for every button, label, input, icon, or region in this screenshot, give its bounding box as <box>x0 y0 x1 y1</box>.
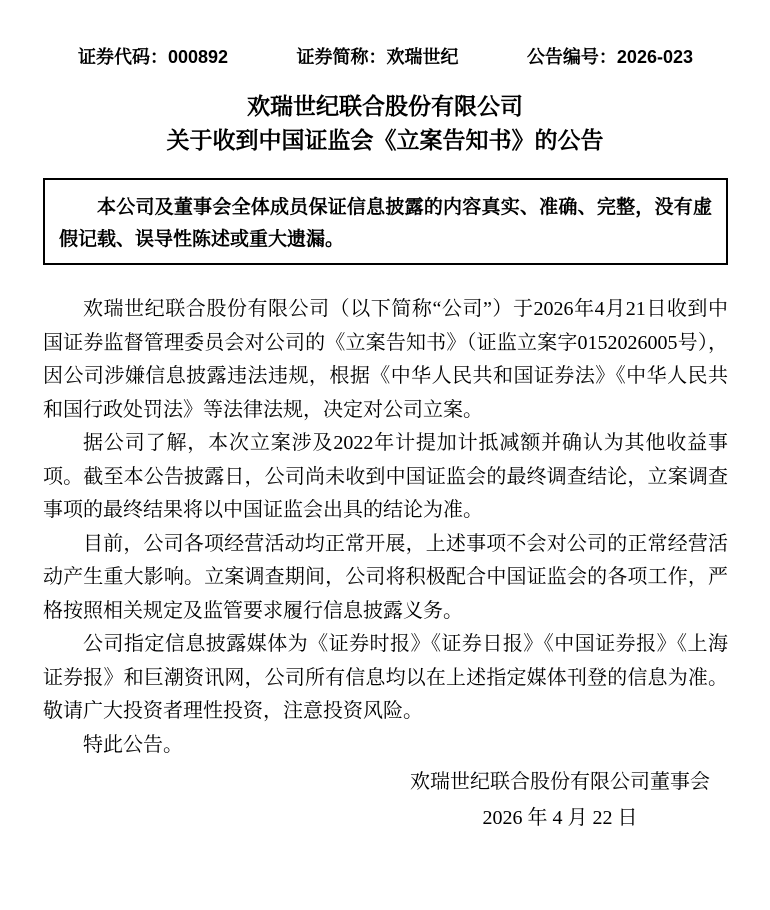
declaration-text: 本公司及董事会全体成员保证信息披露的内容真实、准确、完整，没有虚假记载、误导性陈… <box>59 192 712 256</box>
announcement-body: 欢瑞世纪联合股份有限公司（以下简称“公司”）于2026年4月21日收到中国证券监… <box>43 293 728 762</box>
announcement-document: 证券代码：000892 证券简称：欢瑞世纪 公告编号：2026-023 欢瑞世纪… <box>0 0 770 910</box>
signature-area: 欢瑞世纪联合股份有限公司董事会 2026 年 4 月 22 日 <box>43 764 710 836</box>
announcement-number: 公告编号：2026-023 <box>527 48 693 68</box>
signature-company: 欢瑞世纪联合股份有限公司董事会 <box>410 764 710 800</box>
company-title: 欢瑞世纪联合股份有限公司 <box>0 94 770 119</box>
stock-short-name: 证券简称：欢瑞世纪 <box>297 48 459 68</box>
announcement-title: 关于收到中国证监会《立案告知书》的公告 <box>0 128 770 153</box>
body-paragraph-4: 公司指定信息披露媒体为《证券时报》《证券日报》《中国证券报》《上海证券报》和巨潮… <box>43 628 728 729</box>
stock-code: 证券代码：000892 <box>78 48 228 68</box>
body-paragraph-closing: 特此公告。 <box>43 729 728 763</box>
body-paragraph-1: 欢瑞世纪联合股份有限公司（以下简称“公司”）于2026年4月21日收到中国证券监… <box>43 293 728 427</box>
doc-header: 证券代码：000892 证券简称：欢瑞世纪 公告编号：2026-023 <box>78 48 693 68</box>
body-paragraph-3: 目前，公司各项经营活动均正常开展，上述事项不会对公司的正常经营活动产生重大影响。… <box>43 528 728 629</box>
signature-date: 2026 年 4 月 22 日 <box>410 800 710 836</box>
declaration-box: 本公司及董事会全体成员保证信息披露的内容真实、准确、完整，没有虚假记载、误导性陈… <box>43 178 728 265</box>
body-paragraph-2: 据公司了解，本次立案涉及2022年计提加计抵减额并确认为其他收益事项。截至本公告… <box>43 427 728 528</box>
signature-block: 欢瑞世纪联合股份有限公司董事会 2026 年 4 月 22 日 <box>410 764 710 836</box>
